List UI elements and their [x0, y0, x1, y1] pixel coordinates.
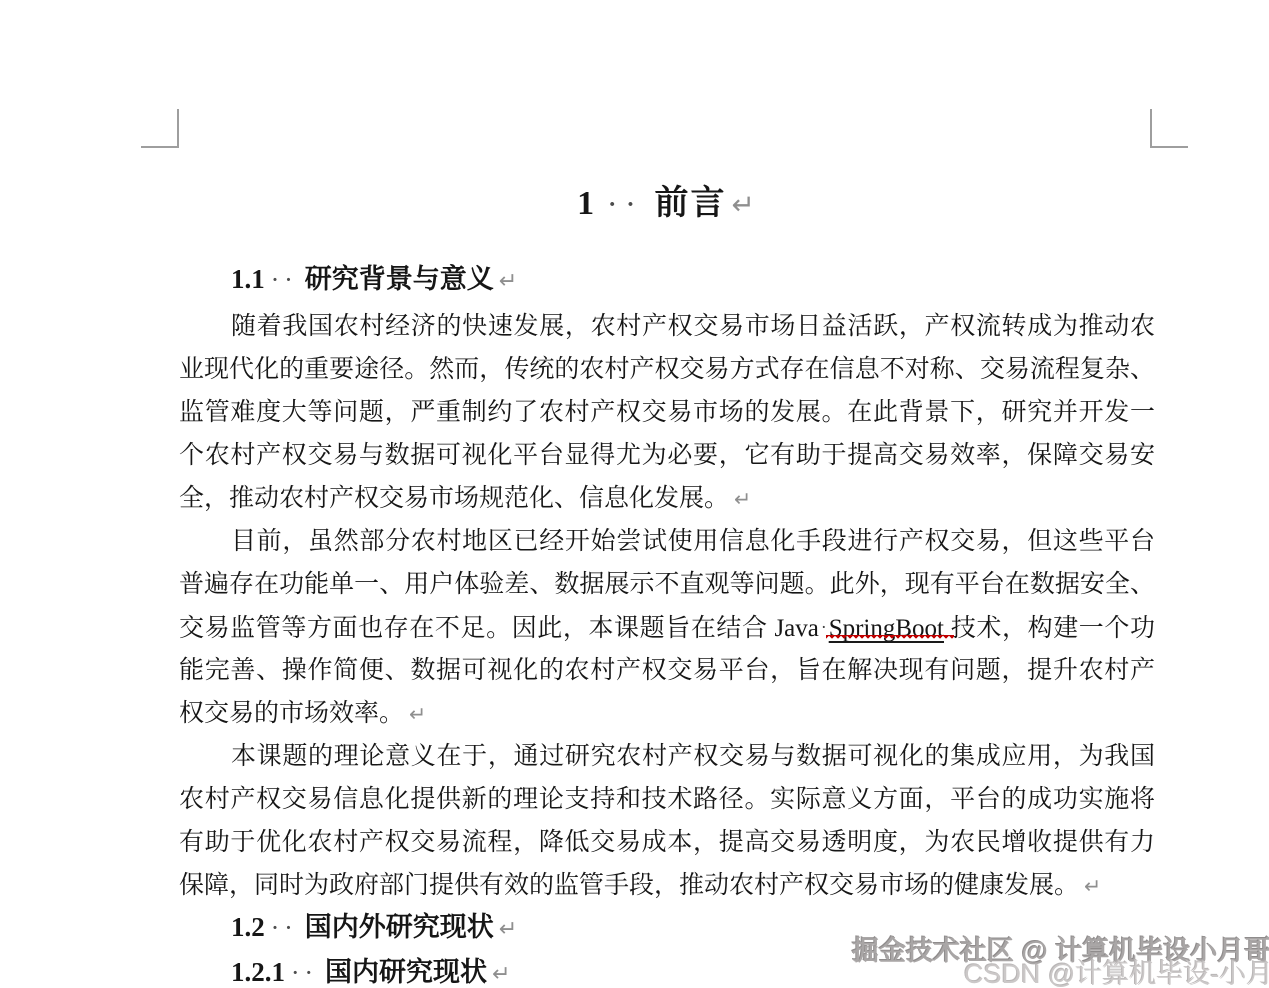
body-text-line: 个农村产权交易与数据可视化平台显得尤为必要，它有助于提高交易效率，保障交易安 [179, 434, 1155, 477]
paragraph-mark-icon: ↵ [1084, 874, 1101, 898]
misspelled-word: SpringBoot [829, 615, 944, 642]
text-run: 技术，构建一个功 [944, 615, 1155, 642]
text-run: 目前，虽然部分农村地区已经开始尝试使用信息化手段进行产权交易，但这些平台 [231, 528, 1155, 555]
text-run: 个农村产权交易与数据可视化平台显得尤为必要，它有助于提高交易效率，保障交易安 [179, 442, 1155, 469]
paragraph-mark-icon: ↵ [499, 268, 518, 294]
paragraph-mark-icon: ↵ [409, 702, 426, 726]
space-mark: ·· [272, 918, 299, 939]
page-margin-corner-top-right [1150, 109, 1188, 148]
body-text-line: 业现代化的重要途径。然而，传统的农村产权交易方式存在信息不对称、交易流程复杂、 [179, 348, 1155, 391]
body-text-line: 目前，虽然部分农村地区已经开始尝试使用信息化手段进行产权交易，但这些平台 [179, 520, 1155, 563]
space-mark: ·· [292, 963, 319, 984]
text-run: 全，推动农村产权交易市场规范化、信息化发展。 [179, 485, 729, 512]
text-run: 有助于优化农村产权交易流程，降低交易成本，提高交易透明度，为农民增收提供有力 [179, 829, 1155, 856]
space-mark: ·· [608, 191, 644, 218]
paragraph-mark-icon: ↵ [499, 916, 518, 942]
text-run: 1.2 [231, 912, 265, 942]
document-text-area: 1··前言↵1.1··研究背景与意义↵随着我国农村经济的快速发展，农村产权交易市… [179, 0, 1155, 988]
page-margin-corner-top-left [141, 109, 179, 148]
text-run: 本课题的理论意义在于，通过研究农村产权交易与数据可视化的集成应用，为我国 [231, 743, 1155, 770]
text-run: 国内外研究现状 [305, 912, 494, 942]
space-mark: ·· [272, 270, 299, 291]
heading-line: 1.1··研究背景与意义↵ [179, 257, 1155, 301]
body-text-line: 监管难度大等问题，严重制约了农村产权交易市场的发展。在此背景下，研究并开发一 [179, 391, 1155, 434]
paragraph-mark-icon: ↵ [492, 961, 511, 987]
text-run: 国内研究现状 [325, 957, 487, 987]
text-run: 前言 [654, 185, 726, 222]
text-run: 保障，同时为政府部门提供有效的监管手段，推动农村产权交易市场的健康发展。 [179, 872, 1079, 899]
body-text-line: 能完善、操作简便、数据可视化的农村产权交易平台，旨在解决现有问题，提升农村产 [179, 649, 1155, 692]
text-run: 普遍存在功能单一、用户体验差、数据展示不直观等问题。此外，现有平台在数据安全、 [179, 571, 1155, 598]
text-run: 业现代化的重要途径。然而，传统的农村产权交易方式存在信息不对称、交易流程复杂、 [179, 356, 1155, 383]
text-run: 1 [577, 185, 596, 222]
text-run: 1.1 [231, 264, 265, 294]
body-text-line: 交易监管等方面也存在不足。因此，本课题旨在结合 Java·SpringBoot … [179, 606, 1155, 649]
text-run: 1.2.1 [231, 957, 285, 987]
body-text-line: 随着我国农村经济的快速发展，农村产权交易市场日益活跃，产权流转成为推动农 [179, 305, 1155, 348]
body-text-line: 全，推动农村产权交易市场规范化、信息化发展。↵ [179, 477, 1155, 520]
paragraph-mark-icon: ↵ [734, 487, 751, 511]
document-page: { "page": { "background": "#ffffff", "te… [0, 0, 1269, 988]
watermark-csdn: CSDN @计算机毕设-小月哥 [964, 952, 1269, 988]
text-run: 能完善、操作简便、数据可视化的农村产权交易平台，旨在解决现有问题，提升农村产 [179, 657, 1155, 684]
body-text-line: 本课题的理论意义在于，通过研究农村产权交易与数据可视化的集成应用，为我国 [179, 735, 1155, 778]
paragraph-mark-icon: ↵ [731, 188, 756, 221]
text-run: 研究背景与意义 [305, 264, 494, 294]
body-text-line: 普遍存在功能单一、用户体验差、数据展示不直观等问题。此外，现有平台在数据安全、 [179, 563, 1155, 606]
body-text-line: 权交易的市场效率。↵ [179, 692, 1155, 735]
text-run: 监管难度大等问题，严重制约了农村产权交易市场的发展。在此背景下，研究并开发一 [179, 399, 1155, 426]
body-text-line: 农村产权交易信息化提供新的理论支持和技术路径。实际意义方面，平台的成功实施将 [179, 778, 1155, 821]
title-line: 1··前言↵ [179, 180, 1155, 228]
text-run: 随着我国农村经济的快速发展，农村产权交易市场日益活跃，产权流转成为推动农 [231, 313, 1155, 340]
text-run: 农村产权交易信息化提供新的理论支持和技术路径。实际意义方面，平台的成功实施将 [179, 786, 1155, 813]
text-run: 交易监管等方面也存在不足。因此，本课题旨在结合 Java [179, 615, 819, 642]
body-text-line: 保障，同时为政府部门提供有效的监管手段，推动农村产权交易市场的健康发展。↵ [179, 864, 1155, 907]
body-text-line: 有助于优化农村产权交易流程，降低交易成本，提高交易透明度，为农民增收提供有力 [179, 821, 1155, 864]
space-mark: · [821, 617, 827, 637]
text-run: 权交易的市场效率。 [179, 700, 404, 727]
